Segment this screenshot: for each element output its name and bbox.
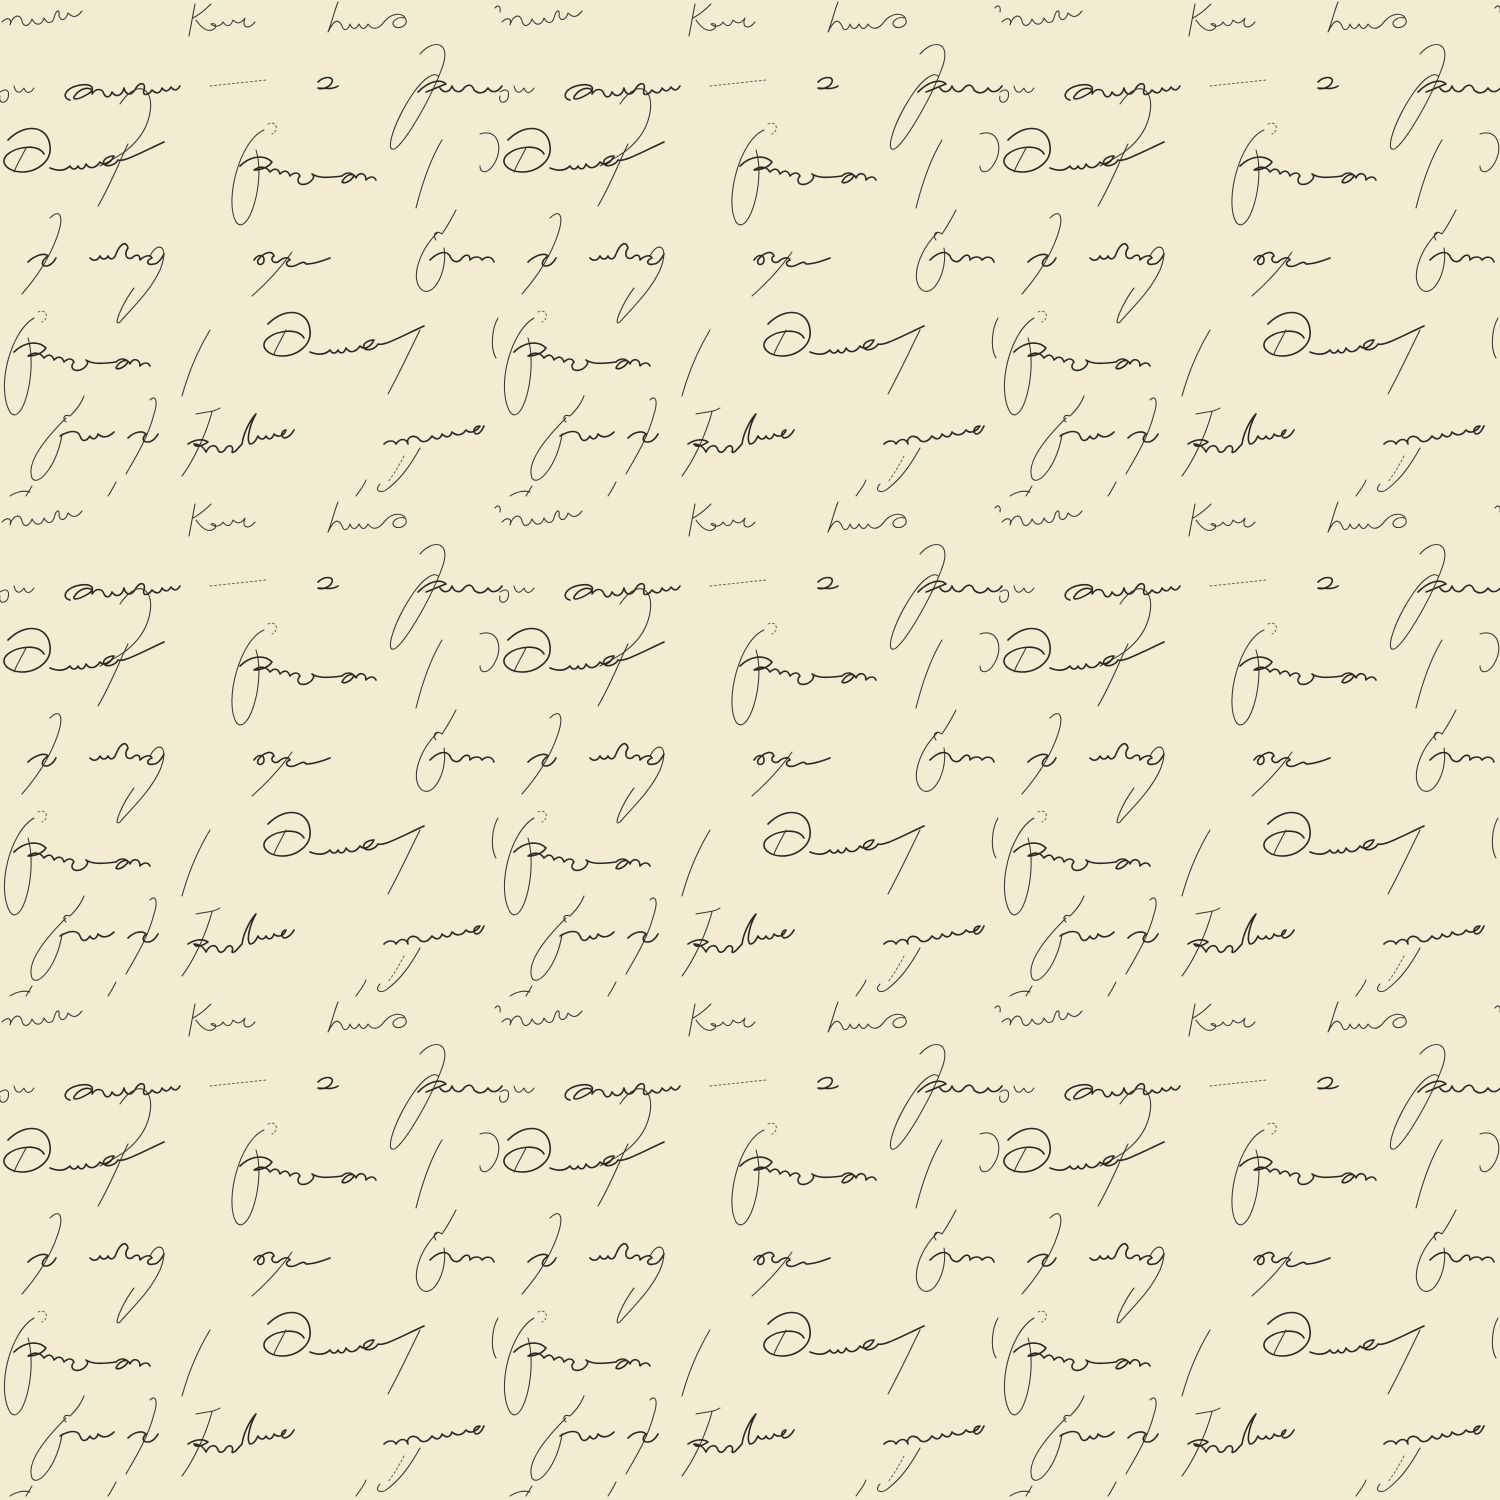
script-pattern-canvas [0,0,1500,1500]
fabric-grain [0,0,1500,1500]
